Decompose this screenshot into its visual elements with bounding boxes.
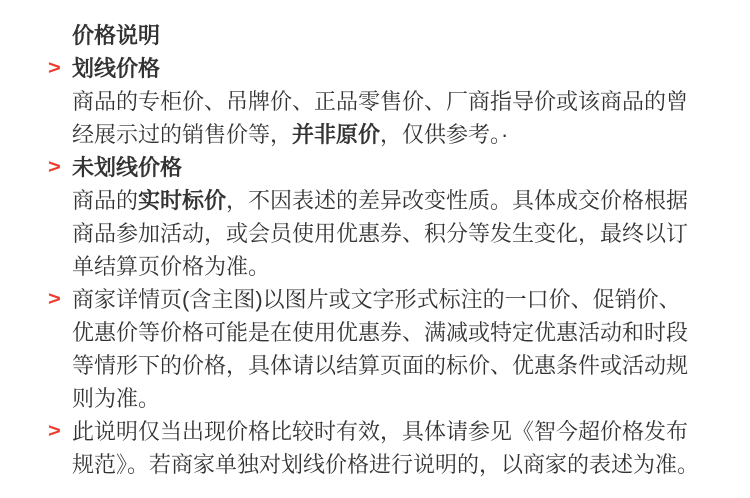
section-heading: 未划线价格	[72, 151, 714, 184]
price-notice-content: 价格说明 >划线价格商品的专柜价、吊牌价、正品零售价、厂商指导价或该商品的曾经展…	[0, 0, 750, 481]
section-merchant-labeled-price: >商家详情页(含主图)以图片或文字形式标注的一口价、促销价、优惠价等价格可能是在…	[48, 283, 714, 415]
bullet-arrow-icon: >	[48, 151, 71, 184]
text-run: 经展示过的销售价等，	[72, 122, 292, 147]
section-uncrossed-price: >未划线价格商品的实时标价，不因表述的差异改变性质。具体成交价格根据商品参加活动…	[48, 151, 714, 283]
sections-container: >划线价格商品的专柜价、吊牌价、正品零售价、厂商指导价或该商品的曾经展示过的销售…	[48, 52, 714, 481]
text-line: 则为准。	[72, 382, 714, 415]
text-run: 商品参加活动，或会员使用优惠券、积分等发生变化，最终以订	[72, 221, 688, 246]
text-line: 经展示过的销售价等，并非原价，仅供参考。·	[72, 118, 714, 151]
page-title: 价格说明	[48, 19, 714, 52]
text-line: 单结算页价格为准。	[72, 250, 714, 283]
text-line: 商品的专柜价、吊牌价、正品零售价、厂商指导价或该商品的曾	[72, 85, 714, 118]
text-run: 规范》。若商家单独对划线价格进行说明的，以商家的表述为准。	[72, 452, 699, 477]
bullet-arrow-icon: >	[48, 52, 71, 85]
section-heading: 划线价格	[72, 52, 714, 85]
text-run: 优惠价等价格可能是在使用优惠券、满减或特定优惠活动和时段	[72, 320, 688, 345]
text-line: 商品的实时标价，不因表述的差异改变性质。具体成交价格根据	[72, 184, 714, 217]
bullet-arrow-icon: >	[48, 283, 71, 316]
text-run: 等情形下的价格，具体请以结算页面的标价、优惠条件或活动规	[72, 353, 688, 378]
bullet-arrow-icon: >	[48, 415, 71, 448]
text-line: 等情形下的价格，具体请以结算页面的标价、优惠条件或活动规	[72, 349, 714, 382]
price-notice-page: 价格说明 >划线价格商品的专柜价、吊牌价、正品零售价、厂商指导价或该商品的曾经展…	[0, 0, 750, 481]
text-run-bold: 并非原价	[292, 122, 380, 147]
section-validity-note: >此说明仅当出现价格比较时有效，具体请参见《智今超价格发布规范》。若商家单独对划…	[48, 415, 714, 481]
text-line: 此说明仅当出现价格比较时有效，具体请参见《智今超价格发布	[72, 415, 714, 448]
text-run: 单结算页价格为准。	[72, 254, 270, 279]
text-run: ，不因表述的差异改变性质。具体成交价格根据	[226, 188, 688, 213]
text-line: 商品参加活动，或会员使用优惠券、积分等发生变化，最终以订	[72, 217, 714, 250]
text-line: 商家详情页(含主图)以图片或文字形式标注的一口价、促销价、	[72, 283, 714, 316]
text-line: 规范》。若商家单独对划线价格进行说明的，以商家的表述为准。	[72, 448, 714, 481]
text-run: 则为准。	[72, 386, 160, 411]
text-run-bold: 实时标价	[138, 188, 226, 213]
section-crossed-out-price: >划线价格商品的专柜价、吊牌价、正品零售价、厂商指导价或该商品的曾经展示过的销售…	[48, 52, 714, 151]
text-line: 优惠价等价格可能是在使用优惠券、满减或特定优惠活动和时段	[72, 316, 714, 349]
text-run: 商家详情页(含主图)以图片或文字形式标注的一口价、促销价、	[72, 287, 681, 312]
text-run: 此说明仅当出现价格比较时有效，具体请参见《智今超价格发布	[72, 419, 688, 444]
text-run: 商品的专柜价、吊牌价、正品零售价、厂商指导价或该商品的曾	[72, 89, 688, 114]
text-run: 商品的	[72, 188, 138, 213]
text-run: ，仅供参考。·	[380, 122, 508, 147]
